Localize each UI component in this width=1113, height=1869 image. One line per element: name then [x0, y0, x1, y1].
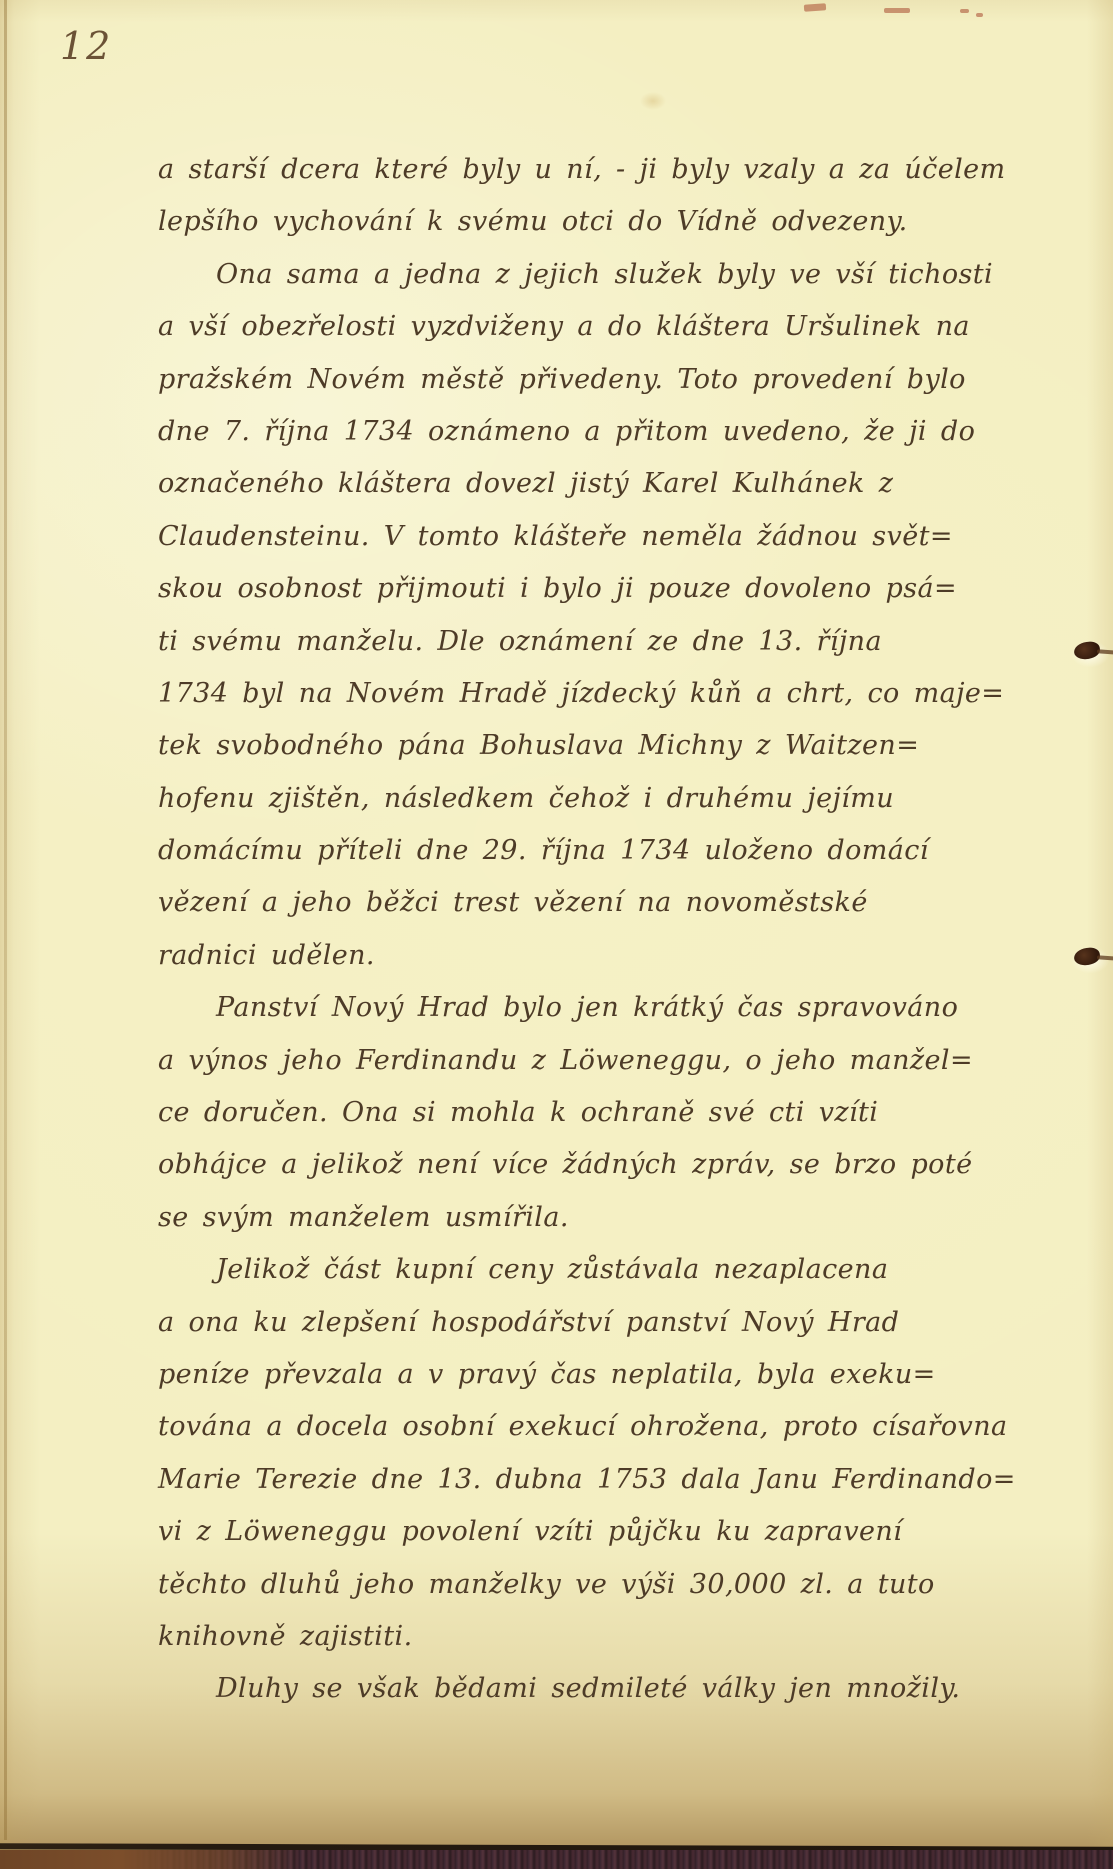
- manuscript-line: knihovně zajistiti.: [158, 1611, 978, 1663]
- manuscript-line: těchto dluhů jeho manželky ve výši 30,00…: [158, 1559, 978, 1611]
- paper-stain: [640, 92, 666, 110]
- manuscript-line: označeného kláštera dovezl jistý Karel K…: [158, 458, 978, 510]
- manuscript-line: Claudensteinu. V tomto klášteře neměla ž…: [158, 511, 978, 563]
- manuscript-line: radnici udělen.: [158, 930, 978, 982]
- manuscript-line: tována a docela osobní exekucí ohrožena,…: [158, 1401, 978, 1453]
- manuscript-line: Dluhy se však bědami sedmileté války jen…: [158, 1663, 978, 1715]
- manuscript-line: skou osobnost přijmouti i bylo ji pouze …: [158, 563, 978, 615]
- red-stain-speck: [960, 9, 969, 13]
- manuscript-line: Panství Nový Hrad bylo jen krátký čas sp…: [158, 982, 978, 1034]
- manuscript-line: peníze převzala a v pravý čas neplatila,…: [158, 1349, 978, 1401]
- red-stain-speck: [804, 3, 826, 12]
- manuscript-line: a ona ku zlepšení hospodářství panství N…: [158, 1297, 978, 1349]
- manuscript-line: a vší obezřelosti vyzdviženy a do klášte…: [158, 301, 978, 353]
- manuscript-line: vi z Löweneggu povolení vzíti půjčku ku …: [158, 1506, 978, 1558]
- manuscript-line: pražském Novém městě přivedeny. Toto pro…: [158, 354, 978, 406]
- manuscript-line: se svým manželem usmířila.: [158, 1192, 978, 1244]
- manuscript-line: a starší dcera které byly u ní, - ji byl…: [158, 144, 978, 196]
- manuscript-line: tek svobodného pána Bohuslava Michny z W…: [158, 720, 978, 772]
- manuscript-line: domácímu příteli dne 29. října 1734 ulož…: [158, 825, 978, 877]
- manuscript-line: Marie Terezie dne 13. dubna 1753 dala Ja…: [158, 1454, 978, 1506]
- red-stain-speck: [976, 13, 983, 17]
- manuscript-line: ti svému manželu. Dle oznámení ze dne 13…: [158, 616, 978, 668]
- manuscript-line: lepšího vychování k svému otci do Vídně …: [158, 196, 978, 248]
- manuscript-line: Jelikož část kupní ceny zůstávala nezapl…: [158, 1244, 978, 1296]
- book-binding-leather: [0, 1850, 300, 1869]
- manuscript-text-block: a starší dcera které byly u ní, - ji byl…: [158, 144, 978, 1716]
- red-stain-speck: [884, 8, 910, 13]
- manuscript-line: hofenu zjištěn, následkem čehož i druhém…: [158, 773, 978, 825]
- page-left-edge: [4, 0, 7, 1840]
- manuscript-line: a výnos jeho Ferdinandu z Löweneggu, o j…: [158, 1035, 978, 1087]
- manuscript-line: ce doručen. Ona si mohla k ochraně své c…: [158, 1087, 978, 1139]
- page-number: 12: [60, 24, 112, 68]
- manuscript-line: Ona sama a jedna z jejich služek byly ve…: [158, 249, 978, 301]
- manuscript-line: 1734 byl na Novém Hradě jízdecký kůň a c…: [158, 668, 978, 720]
- manuscript-line: obhájce a jelikož není více žádných zprá…: [158, 1139, 978, 1191]
- manuscript-page-scan: 12 a starší dcera které byly u ní, - ji …: [0, 0, 1113, 1869]
- manuscript-line: dne 7. října 1734 oznámeno a přitom uved…: [158, 406, 978, 458]
- manuscript-line: vězení a jeho běžci trest vězení na novo…: [158, 877, 978, 929]
